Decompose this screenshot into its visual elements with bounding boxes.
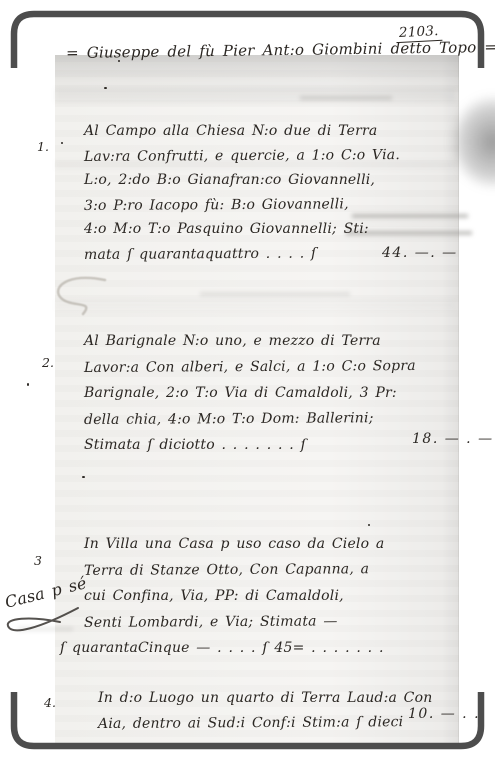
entry-number: 1. xyxy=(37,139,49,154)
entry-line: In Villa una Casa p uso caso da Cielo a xyxy=(84,531,384,557)
entry-line: mata ſ quarantaquattro . . . . ſ xyxy=(84,241,400,267)
ledger-entry: In Villa una Casa p uso caso da Cielo a … xyxy=(84,531,384,661)
entry-line: Al Barignale N:o uno, e mezzo di Terra xyxy=(84,328,416,354)
entry-number: 4. xyxy=(44,695,56,710)
ink-speck xyxy=(82,476,85,478)
ledger-entry: Al Barignale N:o uno, e mezzo di Terra L… xyxy=(84,328,416,458)
ink-speck xyxy=(27,383,29,386)
entry-line: della chia, 4:o M:o T:o Dom: Ballerini; xyxy=(84,405,416,433)
ledger-entry: In d:o Luogo un quarto di Terra Laud:a C… xyxy=(98,686,432,736)
entry-number: 2. xyxy=(42,355,54,370)
entry-line: 4:o M:o T:o Pasquino Giovannelli; Sti: xyxy=(84,217,400,242)
entry-line: L:o, 2:do B:o Gianafran:co Giovannelli, xyxy=(84,168,400,193)
ink-speck xyxy=(104,87,107,89)
entry-line: cui Confina, Via, PP: di Camaldoli, xyxy=(84,583,384,609)
entry-line: Barignale, 2:o T:o Via di Camaldoli, 3 P… xyxy=(84,380,416,406)
entry-amount: 10. — . . xyxy=(408,706,480,722)
manuscript-scan-viewer: 2103. = Giuseppe del fù Pier Ant:o Giomb… xyxy=(0,0,495,760)
entry-line: Stimata ſ diciotto . . . . . . . ſ xyxy=(84,432,416,458)
entry-line: 3:o P:ro Iacopo fù: B:o Giovannelli, xyxy=(84,192,400,218)
entry-amount: 44. —. — xyxy=(382,245,458,261)
entry-line: Lav:ra Confrutti, e quercie, a 1:o C:o V… xyxy=(84,143,400,169)
entry-amount: 18. — . — xyxy=(412,431,494,447)
entry-line: Lavor:a Con alberi, e Salci, a 1:o C:o S… xyxy=(84,353,416,381)
squiggle-icon xyxy=(45,272,115,322)
entry-line: In d:o Luogo un quarto di Terra Laud:a C… xyxy=(98,686,432,711)
entry-line: Al Campo alla Chiesa N:o due di Terra xyxy=(84,119,400,144)
entry-line: Terra di Stanze Otto, Con Capanna, a xyxy=(84,556,385,584)
entry-line: Senti Lombardi, e Via; Stimata — xyxy=(84,608,385,636)
ink-speck xyxy=(118,60,120,62)
scan-shadow-band xyxy=(55,300,455,310)
ink-speck xyxy=(61,142,63,144)
ink-speck xyxy=(368,524,370,526)
entry-number: 3 xyxy=(34,553,42,568)
ink-bleedthrough-mark xyxy=(200,292,350,296)
entry-line: ſ quarantaCinque — . . . . ſ 45= . . . .… xyxy=(60,635,384,661)
entry-line: Aia, dentro ai Sud:i Conf:i Stim:a ſ die… xyxy=(98,710,433,737)
scan-shadow-band xyxy=(55,88,455,102)
ink-bleedthrough-mark xyxy=(300,96,392,100)
ledger-entry: Al Campo alla Chiesa N:o due di Terra La… xyxy=(84,119,400,266)
